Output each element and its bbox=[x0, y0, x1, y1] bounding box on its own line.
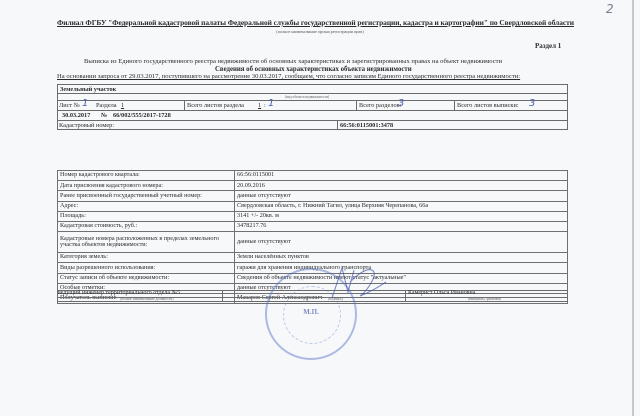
section-sheets-label: Всего листов раздела bbox=[187, 103, 244, 109]
row-key: Ранее присвоенный государственный учетны… bbox=[58, 191, 235, 201]
handwritten-signature-icon bbox=[330, 262, 390, 302]
row-value: гаражи для хранения индивидуального тран… bbox=[235, 263, 568, 273]
row-key: Дата присвоения кадастрового номера: bbox=[58, 181, 235, 191]
sheet-value: 1 bbox=[82, 99, 88, 109]
number-label: № bbox=[101, 113, 107, 119]
total-sections-value: 3 bbox=[398, 99, 404, 109]
divider bbox=[356, 100, 357, 110]
extract-title: Выписка из Единого государственного реес… bbox=[84, 58, 502, 65]
table-row: Категория земель:Земли населённых пункто… bbox=[58, 253, 568, 263]
position-caption: (полное наименование должности) bbox=[120, 298, 174, 302]
organization-title: Филиал ФГБУ "Федеральной кадастровой пал… bbox=[57, 18, 577, 27]
organization-caption: (полное наименование органа регистрации … bbox=[200, 29, 440, 34]
row-value: 3141 +/- 20кв. м bbox=[235, 211, 568, 221]
table-row: Дата присвоения кадастрового номера:20.0… bbox=[58, 181, 568, 191]
divider bbox=[57, 120, 568, 121]
table-row: Кадастровая стоимость, руб.:3478217.76 bbox=[58, 221, 568, 231]
section-of-value: 1 bbox=[121, 103, 124, 109]
stamp-text: М.П. bbox=[267, 308, 355, 316]
extract-number: 66/002/555/2017-1728 bbox=[113, 113, 171, 119]
total-sheets-label: Всего листов выписки: bbox=[457, 103, 519, 109]
table-row: Ранее присвоенный государственный учетны… bbox=[58, 191, 568, 201]
divider bbox=[405, 290, 406, 302]
scan-edge-line bbox=[632, 0, 634, 416]
divider bbox=[57, 100, 568, 101]
divider bbox=[337, 120, 338, 130]
row-key: Адрес: bbox=[58, 201, 235, 211]
extract-date: 30.03.2017 bbox=[62, 113, 90, 119]
row-key: Категория земель: bbox=[58, 253, 235, 263]
section-of-label: Раздела bbox=[96, 103, 117, 109]
colon: : bbox=[264, 103, 266, 109]
signer-name: Камерист Ольга Ивановна bbox=[408, 290, 475, 296]
row-value: 20.09.2016 bbox=[235, 181, 568, 191]
row-key: Площадь: bbox=[58, 211, 235, 221]
divider bbox=[184, 100, 185, 110]
total-sections-label: Всего разделов: bbox=[359, 103, 401, 109]
section-sheets-value: 1 bbox=[268, 99, 274, 109]
table-row: Адрес:Свердловская область, г. Нижний Та… bbox=[58, 201, 568, 211]
divider bbox=[57, 110, 568, 111]
row-value: Земли населённых пунктов bbox=[235, 253, 568, 263]
cadastral-number-value: 66:56:0115001:3478 bbox=[340, 123, 393, 129]
name-caption: (инициалы, фамилия) bbox=[468, 298, 501, 302]
row-value: данные отсутствуют bbox=[235, 191, 568, 201]
table-row: Площадь:3141 +/- 20кв. м bbox=[58, 211, 568, 221]
document-page: 2 Филиал ФГБУ "Федеральной кадастровой п… bbox=[0, 0, 640, 416]
extract-subtitle: Сведения об основных характеристиках объ… bbox=[215, 66, 412, 73]
table-row: Кадастровые номера расположенных в преде… bbox=[58, 232, 568, 253]
cadastral-number-label: Кадастровый номер: bbox=[59, 123, 114, 129]
total-sheets-value: 3 bbox=[529, 99, 535, 109]
page-number: 2 bbox=[606, 2, 614, 16]
divider bbox=[454, 100, 455, 110]
row-key: Кадастровая стоимость, руб.: bbox=[58, 221, 235, 231]
row-value: 3478217.76 bbox=[235, 221, 568, 231]
signer-position: ведущий инженер территориального отдела … bbox=[58, 290, 180, 296]
section-sheets-ref: 1 bbox=[258, 103, 261, 109]
table-row: Номер кадастрового квартала:66:56:011500… bbox=[58, 171, 568, 181]
row-value: данные отсутствуют bbox=[235, 232, 568, 253]
row-value: 66:56:0115001 bbox=[235, 171, 568, 181]
section-label: Раздел 1 bbox=[535, 42, 561, 50]
row-key: Статус записи об объекте недвижимости: bbox=[58, 273, 235, 283]
row-value: Свердловская область, г. Нижний Тагил, у… bbox=[235, 201, 568, 211]
sheet-label: Лист № bbox=[59, 103, 80, 109]
divider bbox=[222, 290, 223, 302]
row-key: Номер кадастрового квартала: bbox=[58, 171, 235, 181]
row-key: Кадастровые номера расположенных в преде… bbox=[58, 232, 235, 253]
request-statement: На основании запроса от 29.03.2017, пост… bbox=[57, 73, 520, 80]
row-key: Виды разрешенного использования: bbox=[58, 263, 235, 273]
